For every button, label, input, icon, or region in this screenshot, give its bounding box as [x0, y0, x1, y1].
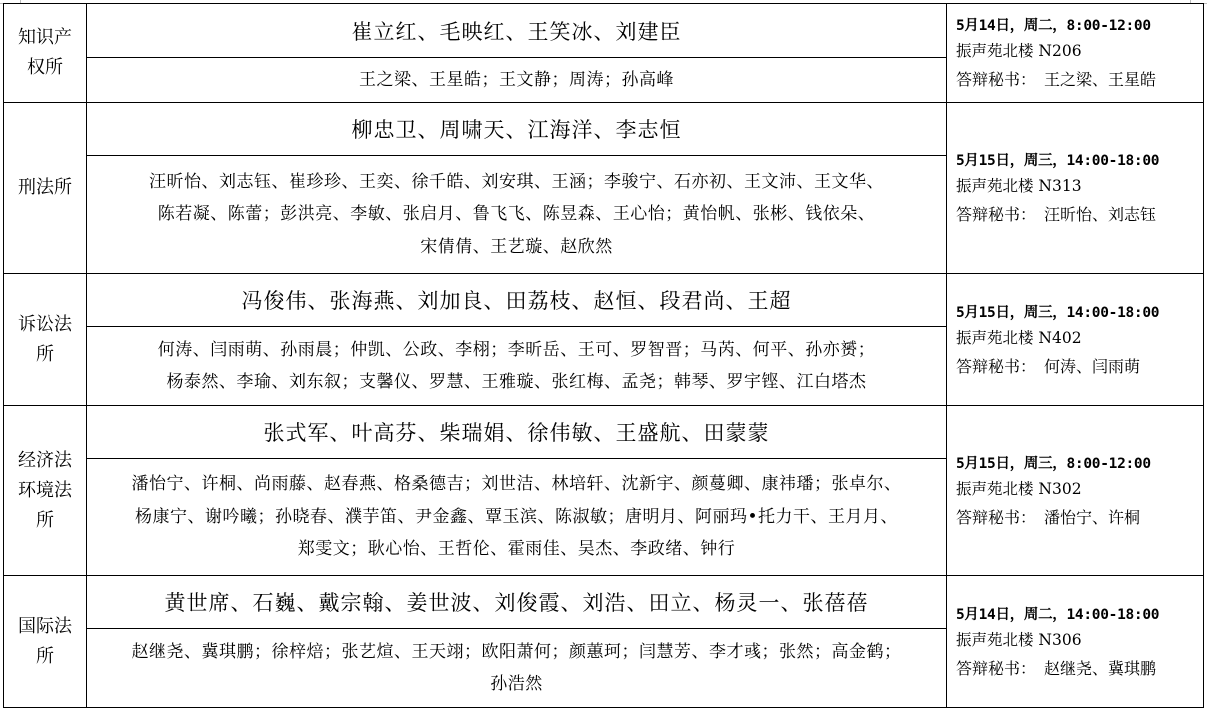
students-line: 何涛、闫雨萌、孙雨晨；仲凯、公政、李栩；李昕岳、王可、罗智晋；马芮、何平、孙亦赟… [93, 334, 940, 367]
students-cell: 汪昕怡、刘志钰、崔珍珍、王奕、徐千皓、刘安琪、王涵；李骏宁、石亦初、王文沛、王文… [87, 156, 947, 274]
department-line: 所 [6, 506, 84, 536]
secretary-label: 答辩秘书： [956, 70, 1036, 89]
students-cell: 赵继尧、冀琪鹏；徐梓焙；张艺煊、王天翊；欧阳萧何；颜蕙珂；闫慧芳、李才彧；张然；… [87, 629, 947, 708]
secretary-names: 赵继尧、冀琪鹏 [1044, 659, 1156, 678]
department-line: 国际法 [6, 612, 84, 642]
session-secretary: 答辩秘书：汪昕怡、刘志钰 [956, 202, 1203, 227]
students-line: 潘怡宁、许桐、尚雨藤、赵春燕、格桑德吉；刘世洁、林培轩、沈新宇、颜蔓卿、康祎璠；… [93, 468, 940, 501]
students-line: 陈若凝、陈蕾；彭洪亮、李敏、张启月、鲁飞飞、陈昱森、王心怡；黄怡帆、张彬、钱依朵… [93, 198, 940, 231]
session-room: 振声苑北楼 N302 [956, 477, 1203, 502]
department-cell: 刑法所 [4, 103, 87, 274]
department-cell: 知识产 权所 [4, 4, 87, 103]
session-info-cell: 5月15日，周三，14:00-18:00 振声苑北楼 N313 答辩秘书：汪昕怡… [947, 103, 1204, 274]
students-line: 宋倩倩、王艺璇、赵欣然 [93, 231, 940, 264]
department-line: 所 [6, 340, 84, 370]
judges-cell: 冯俊伟、张海燕、刘加良、田荔枝、赵恒、段君尚、王超 [87, 274, 947, 327]
students-line: 郑雯文；耿心怡、王哲伦、霍雨佳、吴杰、李政绪、钟行 [93, 533, 940, 566]
judges-cell: 柳忠卫、周啸天、江海洋、李志恒 [87, 103, 947, 156]
session-info-cell: 5月15日，周三，8:00-12:00 振声苑北楼 N302 答辩秘书：潘怡宁、… [947, 406, 1204, 576]
department-line: 经济法 [6, 446, 84, 476]
session-room: 振声苑北楼 N206 [956, 39, 1203, 64]
defense-schedule-table: 知识产 权所 崔立红、毛映红、王笑冰、刘建臣 5月14日，周二，8:00-12:… [3, 3, 1204, 708]
department-line: 知识产 [6, 23, 84, 53]
department-line: 环境法 [6, 476, 84, 506]
department-line: 刑法所 [6, 173, 84, 203]
department-cell: 诉讼法 所 [4, 274, 87, 406]
secretary-names: 何涛、闫雨萌 [1044, 357, 1140, 376]
secretary-names: 潘怡宁、许桐 [1044, 508, 1140, 527]
students-cell: 潘怡宁、许桐、尚雨藤、赵春燕、格桑德吉；刘世洁、林培轩、沈新宇、颜蔓卿、康祎璠；… [87, 459, 947, 576]
group-row-judges: 诉讼法 所 冯俊伟、张海燕、刘加良、田荔枝、赵恒、段君尚、王超 5月15日，周三… [4, 274, 1204, 327]
session-time: 5月15日，周三，14:00-18:00 [956, 149, 1203, 174]
secretary-names: 汪昕怡、刘志钰 [1044, 205, 1156, 224]
session-secretary: 答辩秘书：赵继尧、冀琪鹏 [956, 656, 1203, 681]
secretary-label: 答辩秘书： [956, 508, 1036, 527]
session-secretary: 答辩秘书：何涛、闫雨萌 [956, 354, 1203, 379]
group-row-judges: 刑法所 柳忠卫、周啸天、江海洋、李志恒 5月15日，周三，14:00-18:00… [4, 103, 1204, 156]
session-info-cell: 5月14日，周二，14:00-18:00 振声苑北楼 N306 答辩秘书：赵继尧… [947, 576, 1204, 708]
students-cell: 何涛、闫雨萌、孙雨晨；仲凯、公政、李栩；李昕岳、王可、罗智晋；马芮、何平、孙亦赟… [87, 327, 947, 406]
group-row-judges: 国际法 所 黄世席、石巍、戴宗翰、姜世波、刘俊霞、刘浩、田立、杨灵一、张蓓蓓 5… [4, 576, 1204, 629]
students-line: 杨泰然、李瑜、刘东叙；支馨仪、罗慧、王雅璇、张红梅、孟尧；韩琴、罗宇铿、江白塔杰 [93, 366, 940, 399]
session-room: 振声苑北楼 N306 [956, 628, 1203, 653]
session-info-cell: 5月15日，周三，14:00-18:00 振声苑北楼 N402 答辩秘书：何涛、… [947, 274, 1204, 406]
session-time: 5月15日，周三，8:00-12:00 [956, 452, 1203, 477]
secretary-label: 答辩秘书： [956, 357, 1036, 376]
session-time: 5月15日，周三，14:00-18:00 [956, 301, 1203, 326]
session-room: 振声苑北楼 N402 [956, 326, 1203, 351]
judges-cell: 崔立红、毛映红、王笑冰、刘建臣 [87, 4, 947, 58]
group-row-judges: 知识产 权所 崔立红、毛映红、王笑冰、刘建臣 5月14日，周二，8:00-12:… [4, 4, 1204, 58]
session-time: 5月14日，周二，8:00-12:00 [956, 14, 1203, 39]
students-line: 王之梁、王星皓；王文静；周涛；孙高峰 [93, 64, 940, 97]
session-info-cell: 5月14日，周二，8:00-12:00 振声苑北楼 N206 答辩秘书：王之梁、… [947, 4, 1204, 103]
secretary-label: 答辩秘书： [956, 205, 1036, 224]
session-time: 5月14日，周二，14:00-18:00 [956, 603, 1203, 628]
students-cell: 王之梁、王星皓；王文静；周涛；孙高峰 [87, 58, 947, 103]
students-line: 赵继尧、冀琪鹏；徐梓焙；张艺煊、王天翊；欧阳萧何；颜蕙珂；闫慧芳、李才彧；张然；… [93, 636, 940, 669]
students-line: 汪昕怡、刘志钰、崔珍珍、王奕、徐千皓、刘安琪、王涵；李骏宁、石亦初、王文沛、王文… [93, 166, 940, 199]
department-cell: 国际法 所 [4, 576, 87, 708]
department-line: 诉讼法 [6, 310, 84, 340]
department-cell: 经济法 环境法 所 [4, 406, 87, 576]
group-row-judges: 经济法 环境法 所 张式军、叶高芬、柴瑞娟、徐伟敏、王盛航、田蒙蒙 5月15日，… [4, 406, 1204, 459]
judges-cell: 黄世席、石巍、戴宗翰、姜世波、刘俊霞、刘浩、田立、杨灵一、张蓓蓓 [87, 576, 947, 629]
students-line: 杨康宁、谢吟曦；孙晓春、濮芋笛、尹金鑫、覃玉滨、陈淑敏；唐明月、阿丽玛•托力干、… [93, 501, 940, 534]
secretary-names: 王之梁、王星皓 [1044, 70, 1156, 89]
session-secretary: 答辩秘书：王之梁、王星皓 [956, 67, 1203, 92]
session-secretary: 答辩秘书：潘怡宁、许桐 [956, 505, 1203, 530]
department-line: 权所 [6, 53, 84, 83]
session-room: 振声苑北楼 N313 [956, 174, 1203, 199]
students-line: 孙浩然 [93, 668, 940, 701]
secretary-label: 答辩秘书： [956, 659, 1036, 678]
department-line: 所 [6, 642, 84, 672]
judges-cell: 张式军、叶高芬、柴瑞娟、徐伟敏、王盛航、田蒙蒙 [87, 406, 947, 459]
